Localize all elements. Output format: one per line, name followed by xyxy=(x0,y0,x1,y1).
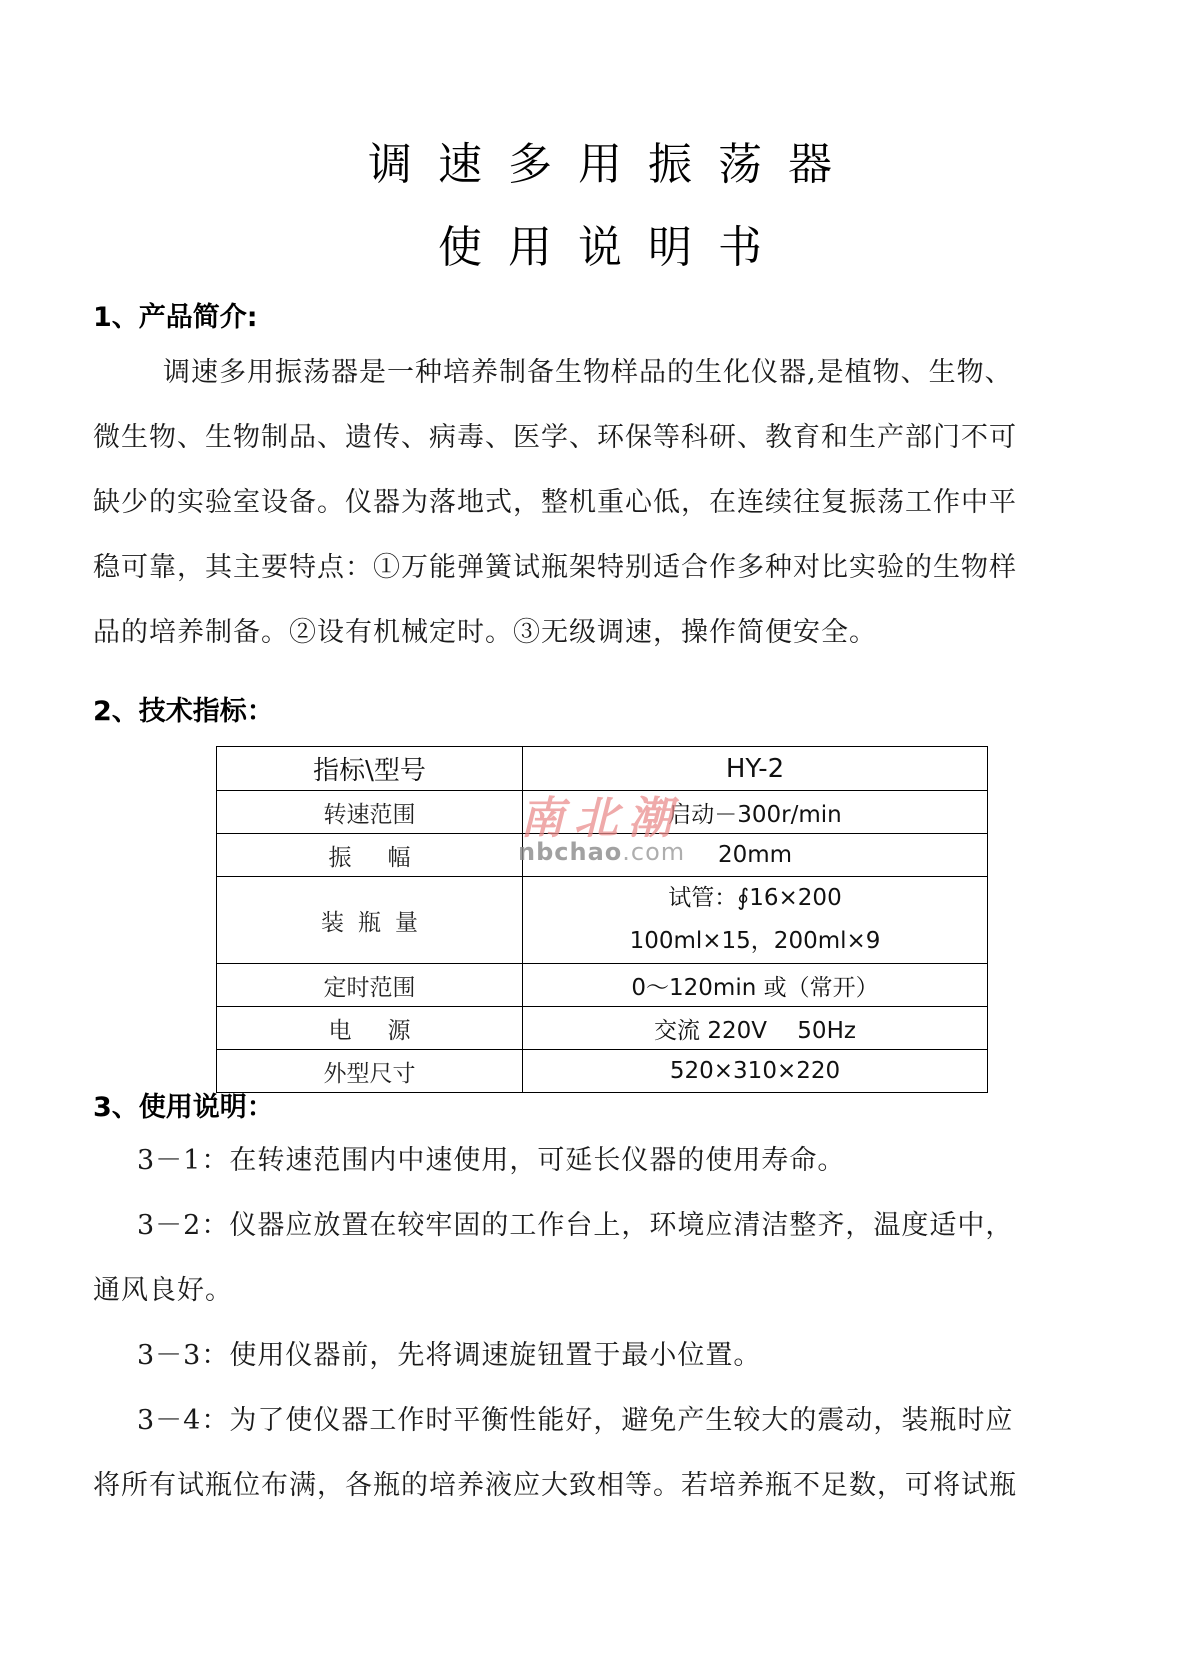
usage-item: 3－1：在转速范围内中速使用，可延长仪器的使用寿命。 xyxy=(93,1128,1113,1193)
manual-page: 调速多用振荡器 使用说明书 1、产品简介: 调速多用振荡器是一种培养制备生物样品… xyxy=(0,0,1200,1664)
section-heading-usage: 3、使用说明： xyxy=(93,1088,274,1128)
spec-value: 交流 220V 50Hz xyxy=(523,1007,988,1050)
intro-line: 稳可靠，其主要特点：①万能弹簧试瓶架特别适合作多种对比实验的生物样 xyxy=(93,535,1113,600)
intro-line: 调速多用振荡器是一种培养制备生物样品的生化仪器,是植物、生物、 xyxy=(93,340,1113,405)
spec-value: 试管：∮16×200 100ml×15，200ml×9 xyxy=(523,877,988,964)
usage-list: 3－1：在转速范围内中速使用，可延长仪器的使用寿命。 3－2：仪器应放置在较牢固… xyxy=(93,1128,1113,1518)
table-header-cell: 指标\型号 xyxy=(217,747,523,791)
table-row: 振幅 20mm xyxy=(217,834,988,877)
table-row: 装瓶量 试管：∮16×200 100ml×15，200ml×9 xyxy=(217,877,988,964)
intro-line: 缺少的实验室设备。仪器为落地式，整机重心低，在连续往复振荡工作中平 xyxy=(93,470,1113,535)
spec-label-text: 电源 xyxy=(293,1018,447,1044)
spec-label: 外型尺寸 xyxy=(217,1050,523,1093)
table-row: 外型尺寸 520×310×220 xyxy=(217,1050,988,1093)
usage-item-continued: 将所有试瓶位布满，各瓶的培养液应大致相等。若培养瓶不足数，可将试瓶 xyxy=(93,1453,1113,1518)
spec-value: 0～120min 或（常开） xyxy=(523,964,988,1007)
usage-item: 3－2：仪器应放置在较牢固的工作台上，环境应清洁整齐，温度适中， xyxy=(93,1193,1113,1258)
document-title: 调速多用振荡器 xyxy=(0,135,1200,195)
table-header-cell: HY-2 xyxy=(523,747,988,791)
spec-value: 520×310×220 xyxy=(523,1050,988,1093)
spec-label: 转速范围 xyxy=(217,791,523,834)
spec-label-text: 装瓶量 xyxy=(307,910,432,936)
spec-value-line: 100ml×15，200ml×9 xyxy=(523,920,987,963)
intro-line: 品的培养制备。②设有机械定时。③无级调速，操作简便安全。 xyxy=(93,600,1113,665)
usage-item: 3－3：使用仪器前，先将调速旋钮置于最小位置。 xyxy=(93,1323,1113,1388)
table-row: 定时范围 0～120min 或（常开） xyxy=(217,964,988,1007)
usage-item: 3－4：为了使仪器工作时平衡性能好，避免产生较大的震动，装瓶时应 xyxy=(93,1388,1113,1453)
spec-table: 指标\型号 HY-2 转速范围 启动－300r/min 振幅 20mm 装瓶量 … xyxy=(216,746,988,1093)
table-row: 电源 交流 220V 50Hz xyxy=(217,1007,988,1050)
table-header-row: 指标\型号 HY-2 xyxy=(217,747,988,791)
table-row: 转速范围 启动－300r/min xyxy=(217,791,988,834)
spec-value-line: 试管：∮16×200 xyxy=(523,877,987,920)
spec-label-text: 振幅 xyxy=(293,845,447,871)
intro-paragraph: 调速多用振荡器是一种培养制备生物样品的生化仪器,是植物、生物、 微生物、生物制品… xyxy=(93,340,1113,665)
spec-value: 20mm xyxy=(523,834,988,877)
section-heading-specs: 2、技术指标： xyxy=(93,692,274,732)
intro-line: 微生物、生物制品、遗传、病毒、医学、环保等科研、教育和生产部门不可 xyxy=(93,405,1113,470)
spec-label: 装瓶量 xyxy=(217,877,523,964)
spec-value: 启动－300r/min xyxy=(523,791,988,834)
spec-label: 振幅 xyxy=(217,834,523,877)
document-subtitle: 使用说明书 xyxy=(0,218,1200,278)
usage-item-continued: 通风良好。 xyxy=(93,1258,1113,1323)
spec-label: 定时范围 xyxy=(217,964,523,1007)
section-heading-intro: 1、产品简介: xyxy=(93,298,258,338)
spec-label: 电源 xyxy=(217,1007,523,1050)
